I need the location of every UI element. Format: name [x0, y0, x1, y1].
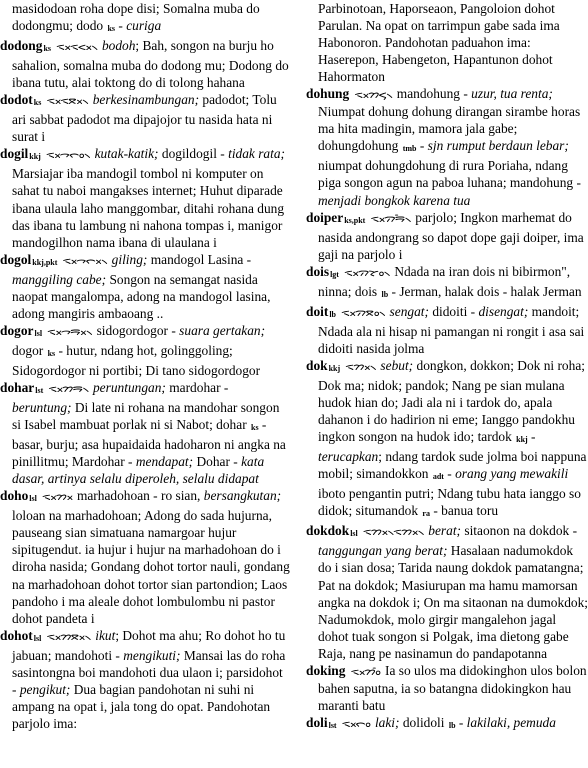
grammar-tag: ks	[34, 98, 42, 107]
dictionary-entry: dokkkjᯑᯬᯂ᯲sebut; dongkon, dokkon; Dok ni…	[306, 357, 588, 522]
translation-text: kutak-katik;	[95, 146, 159, 161]
translation-text: beruntung;	[12, 400, 72, 415]
translation-text: sengat;	[390, 304, 429, 319]
definition-text: dolidoli	[399, 715, 447, 730]
batak-script-glyphs: ᯑᯬᯞᯪ	[342, 717, 370, 730]
translation-text: mengikuti;	[123, 648, 180, 663]
definition-text: -	[456, 715, 467, 730]
definition-text: niumpat dohungdohung di rura Poriaha, nd…	[318, 158, 581, 190]
definition-text: mandohung -	[397, 86, 471, 101]
right-column: Parbinotoan, Haporseaon, Pangoloion doho…	[294, 0, 588, 768]
translation-text: uzur, tua renta;	[471, 86, 553, 101]
batak-script-glyphs: ᯑᯬᯂᯬᯖ᯲	[46, 630, 90, 643]
translation-text: menjadi bongkok karena tua	[318, 193, 470, 208]
translation-text: manggiling cabe;	[12, 272, 106, 287]
grammar-tag: ks	[251, 423, 259, 432]
grammar-tag: tmb	[403, 144, 417, 153]
definition-text: didoiti -	[429, 304, 478, 319]
definition-text: -	[115, 18, 126, 33]
batak-script-glyphs: ᯑᯬᯎᯬᯞ᯲	[62, 254, 106, 267]
entry-continuation: masidodoan roha dope disi; Somalna muba …	[0, 0, 290, 37]
translation-text: tanggungan yang berat;	[318, 543, 447, 558]
batak-script-glyphs: ᯑᯬᯄᯩᯒ᯲	[370, 212, 410, 225]
headword: dohung	[306, 86, 349, 101]
grammar-tag: lgt	[330, 270, 339, 279]
dictionary-entry: doislgtᯑᯬᯄᯪᯘ᯲Ndada na iran dois ni bibir…	[306, 263, 588, 303]
batak-script-glyphs: ᯑᯬᯂᯪᯰ	[350, 665, 380, 678]
batak-script-glyphs: ᯑᯬᯑᯬᯝ᯲	[56, 40, 97, 53]
dictionary-entry: dolilstᯑᯬᯞᯪlaki; dolidoli lb - lakilaki,…	[306, 714, 588, 734]
dictionary-page: masidodoan roha dope disi; Somalna muba …	[0, 0, 588, 768]
left-column: masidodoan roha dope disi; Somalna muba …	[0, 0, 294, 768]
grammar-tag: ks,pkt	[344, 216, 365, 225]
grammar-tag: lsl	[34, 329, 42, 338]
definition-text: ; Bah, songon na burju ho sahalion, soma…	[12, 38, 289, 90]
batak-script-glyphs: ᯑᯬᯂᯬ	[42, 490, 72, 503]
translation-text: terucapkan	[318, 449, 378, 464]
grammar-tag: kkj	[516, 435, 528, 444]
definition-text: sitaonon na dokdok -	[461, 523, 577, 538]
translation-text: tidak rata;	[228, 146, 285, 161]
definition-text: Dohar -	[193, 454, 241, 469]
translation-text: berat;	[428, 523, 461, 538]
grammar-tag: adt	[433, 472, 444, 481]
headword: doli	[306, 715, 328, 730]
headword: dogor	[0, 323, 33, 338]
dictionary-entry: doiperks,pktᯑᯬᯄᯩᯒ᯲parjolo; Ingkon marhem…	[306, 209, 588, 263]
translation-text: disengat;	[478, 304, 528, 319]
definition-text: Hasalaan nadumokdok do i sian dosa; Tari…	[318, 543, 588, 660]
batak-script-glyphs: ᯑᯬᯄᯪᯘ᯲	[344, 266, 389, 279]
definition-text: -	[528, 429, 536, 444]
headword: doho	[0, 488, 28, 503]
translation-text: bodoh	[102, 38, 135, 53]
translation-text: suara gertakan;	[179, 323, 265, 338]
dictionary-entry: doitlbᯑᯬᯄᯪᯖ᯲sengat; didoiti - disengat; …	[306, 303, 588, 357]
entry-continuation: Parbinotoan, Haporseaon, Pangoloion doho…	[306, 0, 588, 85]
headword: doking	[306, 663, 345, 678]
grammar-tag: ra	[422, 509, 430, 518]
dictionary-entry: dohungᯑᯬᯂᯮᯝ᯲mandohung - uzur, tua renta;…	[306, 85, 588, 208]
translation-text: mendapat;	[136, 454, 193, 469]
batak-script-glyphs: ᯑᯬᯑᯬᯖ᯲	[46, 94, 87, 107]
definition-text: loloan na marhadohoan; Adong do sada huj…	[12, 508, 290, 625]
grammar-tag: kkj	[29, 152, 41, 161]
dictionary-entry: dodotksᯑᯬᯑᯬᯖ᯲berkesinambungan; padodot; …	[0, 91, 290, 145]
grammar-tag: kkj	[329, 364, 341, 373]
grammar-tag: kkj,pkt	[32, 258, 57, 267]
dictionary-entry: doharlstᯑᯬᯂᯒ᯲peruntungan; mardohar - ber…	[0, 379, 290, 487]
headword: dodot	[0, 92, 33, 107]
grammar-tag: lb	[449, 721, 456, 730]
definition-text: dogor	[12, 343, 47, 358]
headword: dohot	[0, 628, 33, 643]
batak-script-glyphs: ᯑᯬᯎᯪᯞ᯲	[46, 148, 90, 161]
definition-text: - Jerman, halak dois - halak Jerman	[388, 284, 581, 299]
grammar-tag: lsl	[34, 634, 42, 643]
grammar-tag: lst	[329, 721, 337, 730]
definition-text: sidogordogor -	[97, 323, 180, 338]
grammar-tag: lsl	[29, 494, 37, 503]
translation-text: bersangkutan;	[204, 488, 281, 503]
dictionary-entry: dokingᯑᯬᯂᯪᯰIa so ulos ma didokinghon ulo…	[306, 662, 588, 714]
grammar-tag: ks	[107, 24, 115, 33]
grammar-tag: ks	[43, 44, 51, 53]
translation-text: laki;	[375, 715, 400, 730]
translation-text: orang yang mewakili	[455, 466, 568, 481]
definition-text: Marsiajar iba mandogil tombol ni kompute…	[12, 166, 284, 249]
headword: dogol	[0, 252, 31, 267]
headword: dokdok	[306, 523, 349, 538]
translation-text: sebut;	[380, 358, 413, 373]
headword: dogil	[0, 146, 28, 161]
definition-text: -	[416, 138, 427, 153]
dictionary-entry: doholslᯑᯬᯂᯬmarhadohoan - ro sian, bersan…	[0, 487, 290, 626]
translation-text: peruntungan;	[93, 380, 166, 395]
translation-text: curiga	[126, 18, 161, 33]
batak-script-glyphs: ᯑᯬᯎᯬᯒ᯲	[47, 325, 92, 338]
translation-text: lakilaki, pemuda	[467, 715, 556, 730]
definition-text: marhadohoan - ro sian,	[77, 488, 204, 503]
headword: dohar	[0, 380, 34, 395]
batak-script-glyphs: ᯑᯬᯂ᯲	[345, 360, 375, 373]
definition-text: dogildogil -	[159, 146, 229, 161]
definition-text: - banua toru	[430, 503, 498, 518]
definition-text: -	[444, 466, 455, 481]
definition-text: Parbinotoan, Haporseaon, Pangoloion doho…	[318, 1, 560, 84]
headword: dok	[306, 358, 328, 373]
grammar-tag: lb	[329, 310, 336, 319]
headword: dodong	[0, 38, 42, 53]
translation-text: giling;	[112, 252, 148, 267]
dictionary-entry: dohotlslᯑᯬᯂᯬᯖ᯲ikut; Dohot ma ahu; Ro doh…	[0, 627, 290, 732]
dictionary-entry: dogorlslᯑᯬᯎᯬᯒ᯲sidogordogor - suara gerta…	[0, 322, 290, 379]
dictionary-entry: dodongksᯑᯬᯑᯬᯝ᯲bodoh; Bah, songon na burj…	[0, 37, 290, 91]
headword: dois	[306, 264, 329, 279]
headword: doit	[306, 304, 328, 319]
definition-text: mardohar -	[166, 380, 228, 395]
definition-text: mandogol Lasina -	[147, 252, 251, 267]
grammar-tag: lst	[35, 386, 43, 395]
translation-text: pengikut;	[20, 682, 71, 697]
dictionary-entry: dogilkkjᯑᯬᯎᯪᯞ᯲kutak-katik; dogildogil - …	[0, 145, 290, 250]
batak-script-glyphs: ᯑᯬᯂᯮᯝ᯲	[354, 88, 392, 101]
batak-script-glyphs: ᯑᯬᯂ᯲ᯑᯬᯂ᯲	[363, 525, 424, 538]
translation-text: ikut	[95, 628, 115, 643]
headword: doiper	[306, 210, 343, 225]
batak-script-glyphs: ᯑᯬᯂᯒ᯲	[48, 382, 88, 395]
translation-text: berkesinambungan;	[93, 92, 199, 107]
grammar-tag: lsl	[350, 529, 358, 538]
dictionary-entry: dokdoklslᯑᯬᯂ᯲ᯑᯬᯂ᯲berat; sitaonon na dokd…	[306, 522, 588, 661]
translation-text: sjn rumput berdaun lebar;	[428, 138, 569, 153]
dictionary-entry: dogolkkj,pktᯑᯬᯎᯬᯞ᯲giling; mandogol Lasin…	[0, 251, 290, 322]
batak-script-glyphs: ᯑᯬᯄᯪᯖ᯲	[341, 306, 385, 319]
